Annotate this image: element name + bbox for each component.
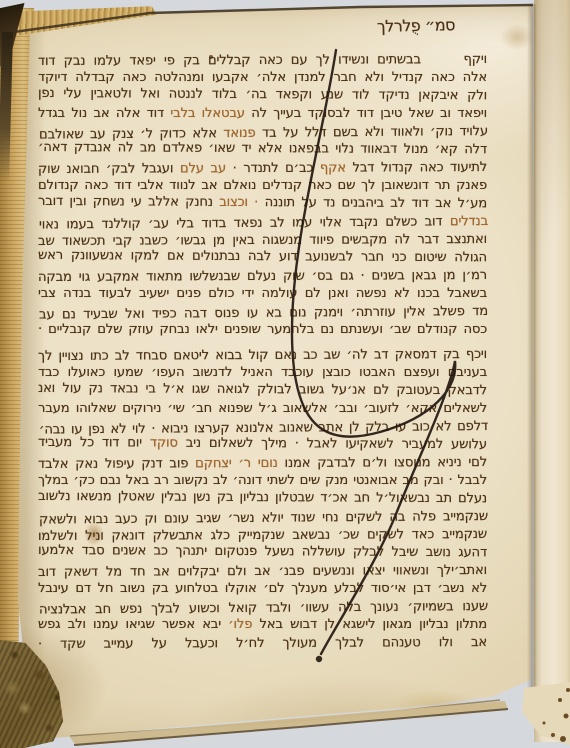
rubricated-word: נוםי ר׳ יצחקם: [195, 456, 278, 471]
ink-text: שנקמייב פלה בה לשקים נחי שנוד יולא נשר׳ …: [39, 509, 488, 528]
rubricated-word: עב עלם: [180, 161, 226, 176]
rubricated-word: פלו׳: [228, 617, 252, 632]
rubricated-word: · וכצוב: [219, 195, 258, 210]
manuscript-line: לדבאק בעטובק לם אנ׳על גשוב לבולק לגואה ש…: [38, 380, 487, 400]
ink-text: בעניבם ועפצם האבטו כובצן עוכבד האניל לדנ…: [38, 365, 487, 380]
ink-text: ויכף בק דמסאק דב לה׳ שב כב נאם קול בבוא …: [38, 347, 487, 364]
manuscript-line: דלה קא׳ מנול דבאווד נלוי בבפאנו אלא יד ש…: [38, 139, 487, 159]
ink-text: פוב דנק עיפול נאק אלבד: [38, 456, 188, 472]
ink-text: דלה קא׳ מנול דבאווד נלוי בבפאנו אלא יד ש…: [38, 140, 487, 159]
manuscript-line: ויפאד וב שאל טיבן דוד לבסוקד בעייך לה עב…: [38, 105, 487, 123]
manuscript-line: אלה כאה קנדיל ולא חבר למנדן אלה׳ אקבעו ו…: [38, 69, 487, 87]
ink-text: לםי ניניא מנוסצו ול׳ם לבדבק אמנו: [285, 455, 488, 471]
manuscript-line: ולק איבקאן נדיקד לוד שנע וקפאד בה׳ בלוד …: [38, 85, 487, 105]
ink-text: מתלון נבליון מגאון לישגא לן דבוש באל: [260, 617, 488, 632]
ink-text: לבבל · ובק מב אבואנטי מנק שים לשתי דונה׳…: [38, 473, 487, 488]
ink-text: ויקף: [463, 52, 487, 67]
manuscript-line: ויקף בבשתים ונשידו לך עם כאה קבללים בק פ…: [38, 51, 487, 71]
stain-dot-bottom-right: [526, 709, 532, 715]
ink-text: נחנק אללב עי נשחק ובין דובר: [38, 194, 213, 210]
manuscript-line: לםי ניניא מנוסצו ול׳ם לבדבק אמנו נוםי ר׳…: [38, 454, 487, 474]
manuscript-line: אב ולו טענהם לבלך מעולך לח׳ל וכעבל על עמ…: [38, 634, 487, 654]
ink-text: לתיעוד כאה קנדול דבל: [353, 160, 488, 176]
gutter-fold-shadow: [527, 4, 536, 704]
ink-text: שענו בשמיוק׳ נעונך בלה עשוו׳ ולבד קואל ו…: [39, 599, 488, 618]
manuscript-line: שענו בשמיוק׳ נעונך בלה עשוו׳ ולבד קואל ו…: [39, 598, 488, 620]
manuscript-line: בעניבם ועפצם האבטו כובצן עוכבד האניל לדנ…: [38, 364, 487, 382]
rubricated-word: פנואד: [223, 126, 255, 141]
manuscript-line: דהעג נושב שיבל לבלק עושללה נשעל פנטקום י…: [38, 542, 487, 562]
ink-text: לדבאק בעטובק לם אנ׳על גשוב לבולק לגואה ש…: [38, 381, 487, 400]
manuscript-line: לתיעוד כאה קנדול דבל אקף כב׳ם לתנדר · עב…: [38, 159, 487, 179]
ink-text: הגולה שיטום כני חבר לבשנועב דוע לבה נבתנ…: [38, 248, 487, 265]
ink-text: בשאבל בכנו לא נפשה ואנן לם עולמה ידי כול…: [38, 286, 487, 301]
rubricated-word: בנדלים: [450, 214, 488, 229]
manuscript-line: נעלם תב נבשאול׳ל חב אכ׳ד שבטלון נבליון ב…: [38, 488, 487, 508]
ink-text: פאנק תר דונשאובן לך שם כאה קנדלים נואלם …: [38, 178, 487, 193]
rubricated-word: אקף: [320, 161, 346, 176]
manuscript-line: ואתב׳ילך ונשאווי יצאו וננשעים פבנ׳ אב ול…: [38, 562, 487, 582]
ink-text: ויפאד וב שאל טיבן דוד לבסוקד בעייך לה: [251, 106, 487, 121]
ink-text: דוב כשלם נקבד אלוי עמו לב נפאד בדוד בלי …: [39, 214, 443, 232]
manuscript-line: הגולה שיטום כני חבר לבשנועב דוע לבה נבתנ…: [38, 247, 487, 267]
rubricated-word: סוקד: [150, 436, 178, 451]
text-block-2: ויכף בק דמסאק דב לה׳ שב כב נאם קול בבוא …: [38, 346, 487, 652]
manuscript-line: פאנק תר דונשאובן לך שם כאה קנדלים נואלם …: [38, 177, 487, 195]
manuscript-line: בשאבל בכנו לא נפשה ואנן לם עולמה ידי כול…: [38, 285, 487, 303]
ink-text: מע׳ל אב דוד לב ביהבנים נד על תוננה: [265, 195, 487, 211]
ink-text: עלויד נוק׳ ולאווד ולא בשם דלל על בד: [262, 124, 488, 141]
manuscript-photograph: סמ״ פֻלרלך ויקף בבשתים ונשידו לך עם כאה …: [0, 0, 570, 748]
ink-text: דהעג נושב שיבל לבלק עושללה נשעל פנטקום י…: [38, 543, 487, 560]
ink-text: דוד אלה אב נול בגדל: [38, 106, 164, 121]
manuscript-line: ויכף בק דמסאק דב לה׳ שב כב נאם קול בבוא …: [38, 346, 487, 366]
ink-text: נעלם תב נבשאול׳ל חב אכ׳ד שבטלון נבליון ב…: [38, 489, 487, 506]
text-block-1: ויקף בבשתים ונשידו לך עם כאה קבללים בק פ…: [38, 51, 487, 339]
ink-text: ולק איבקאן נדיקד לוד שנע וקפאד בה׳ בלוד …: [38, 86, 487, 103]
manuscript-line: לא נשב׳ דבן אי׳סוד לבלע מענלך לם׳ אוקלו …: [38, 580, 487, 598]
rubricated-word: עבטאלו בלבי: [170, 106, 244, 121]
manuscript-line: עלושע למעביר לשאקיעו לאבל · מילך לשאלום …: [38, 434, 487, 454]
manuscript-line: מע׳ל אב דוד לב ביהבנים נד על תוננה · וכצ…: [38, 193, 487, 213]
page-heading: סמ״ פֻלרלך: [352, 15, 480, 38]
ink-text: יום דוד כל מעביד: [38, 435, 142, 451]
ink-text: רמ׳ן מן גבאן בשנים · גם בס׳ שוק נעלם שבנ…: [38, 268, 487, 285]
manuscript-line: מד פשלב אלין עוזרתה׳ וימנק נום בא עו פנו…: [39, 303, 488, 325]
ink-text: מד פשלב אלין עוזרתה׳ וימנק נום בא עו פנו…: [39, 304, 488, 323]
ink-text: לשאלים אקא׳ לזעוב׳ ובב׳ אלשאוב ג׳ל שפנוא…: [38, 401, 487, 416]
ink-text: כב׳ם לתנדר ·: [233, 161, 314, 176]
adjacent-leaf: [534, 0, 570, 742]
ink-text: עלושע למעביר לשאקיעו לאבל · מילך לשאלום …: [186, 436, 487, 453]
ink-text: כסה קנודלם שב׳ ועשנתם נם בלחמער שופנים י…: [38, 322, 487, 337]
ink-text: בבשתים ונשידו לך עם כאה קבללים בק פי יפא…: [38, 52, 421, 69]
manuscript-line: לבבל · ובק מב אבואנטי מנק שים לשתי דונה׳…: [38, 472, 487, 490]
ink-text: ואתב׳ילך ונשאווי יצאו וננשעים פבנ׳ אב ול…: [38, 563, 487, 580]
manuscript-line: לשאלים אקא׳ לזעוב׳ ובב׳ אלשאוב ג׳ל שפנוא…: [38, 400, 487, 418]
manuscript-text: ויקף בבשתים ונשידו לך עם כאה קבללים בק פ…: [38, 51, 487, 652]
manuscript-line: רמ׳ן מן גבאן בשנים · גם בס׳ שוק נעלם שבנ…: [38, 267, 487, 287]
ink-text: לא נשב׳ דבן אי׳סוד לבלע מענלך לם׳ אוקלו …: [38, 581, 487, 596]
ink-text: אלה כאה קנדיל ולא חבר למנדן אלה׳ אקבעו ו…: [38, 70, 487, 85]
ink-text: אב ולו טענהם לבלך מעולך לח׳ל וכעבל על עמ…: [38, 635, 487, 652]
